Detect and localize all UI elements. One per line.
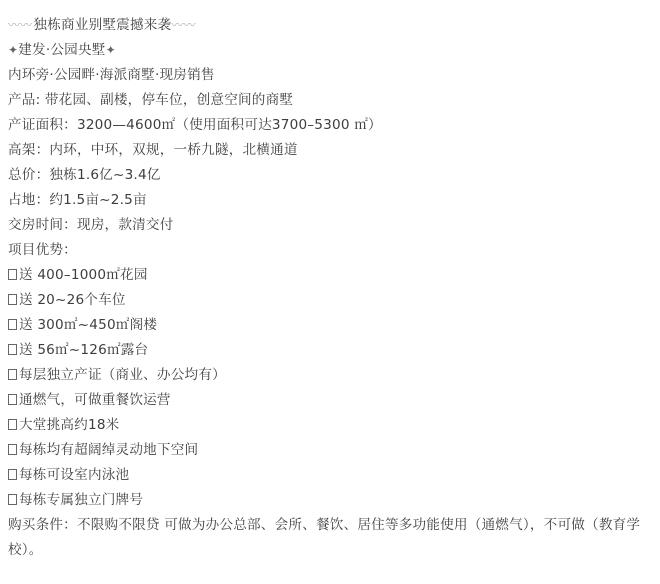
bullet-box-icon [8,344,17,355]
article-body: 〰〰独栋商业别墅震撼来袭〰〰 ✦建发·公园央墅✦ 内环旁·公园畔·海派商墅·现房… [0,0,660,563]
bullet-box-icon [8,319,17,330]
purchase-conditions: 购买条件：不限购不限贷 可做为办公总部、会所、餐饮、居住等多功能使用（通燃气），… [8,513,656,563]
sparkle-icon: ✦ [106,43,116,57]
land-area-line: 占地：约1.5亩~2.5亩 [8,188,660,213]
list-item: 送 56㎡~126㎡露台 [8,338,660,363]
delivery-line: 交房时间：现房，款清交付 [8,213,660,238]
bullet-box-icon [8,369,17,380]
decorative-swirl-icon: 〰〰 [8,13,32,38]
list-item: 送 300㎡~450㎡阁楼 [8,313,660,338]
bullet-box-icon [8,494,17,505]
subheadline-text: 建发·公园央墅 [18,42,105,58]
area-line: 产证面积：3200—4600㎡（使用面积可达3700–5300 ㎡） [8,113,660,138]
bullet-box-icon [8,444,17,455]
list-item: 送 20~26个车位 [8,288,660,313]
bullet-box-icon [8,419,17,430]
list-item: 通燃气，可做重餐饮运营 [8,388,660,413]
list-item: 送 400–1000㎡花园 [8,263,660,288]
bullet-box-icon [8,394,17,405]
decorative-swirl-icon: 〰〰 [171,13,195,38]
product-line: 产品: 带花园、副楼，停车位，创意空间的商墅 [8,88,660,113]
headline-text: 独栋商业别墅震撼来袭 [33,17,171,33]
list-item: 每栋可设室内泳池 [8,463,660,488]
advantages-list: 送 400–1000㎡花园 送 20~26个车位 送 300㎡~450㎡阁楼 送… [8,263,660,513]
advantages-heading: 项目优势： [8,238,660,263]
bullet-box-icon [8,469,17,480]
elevated-roads-line: 高架：内环，中环，双规，一桥九隧，北横通道 [8,138,660,163]
headline: 〰〰独栋商业别墅震撼来袭〰〰 [8,13,660,38]
list-item: 每栋均有超阔绰灵动地下空间 [8,438,660,463]
bullet-box-icon [8,294,17,305]
list-item: 每栋专属独立门牌号 [8,488,660,513]
bullet-box-icon [8,269,17,280]
list-item: 每层独立产证（商业、办公均有） [8,363,660,388]
subheadline: ✦建发·公园央墅✦ [8,38,660,63]
sparkle-icon: ✦ [8,43,18,57]
tagline: 内环旁·公园畔·海派商墅·现房销售 [8,63,660,88]
list-item: 大堂挑高约18米 [8,413,660,438]
total-price-line: 总价：独栋1.6亿~3.4亿 [8,163,660,188]
